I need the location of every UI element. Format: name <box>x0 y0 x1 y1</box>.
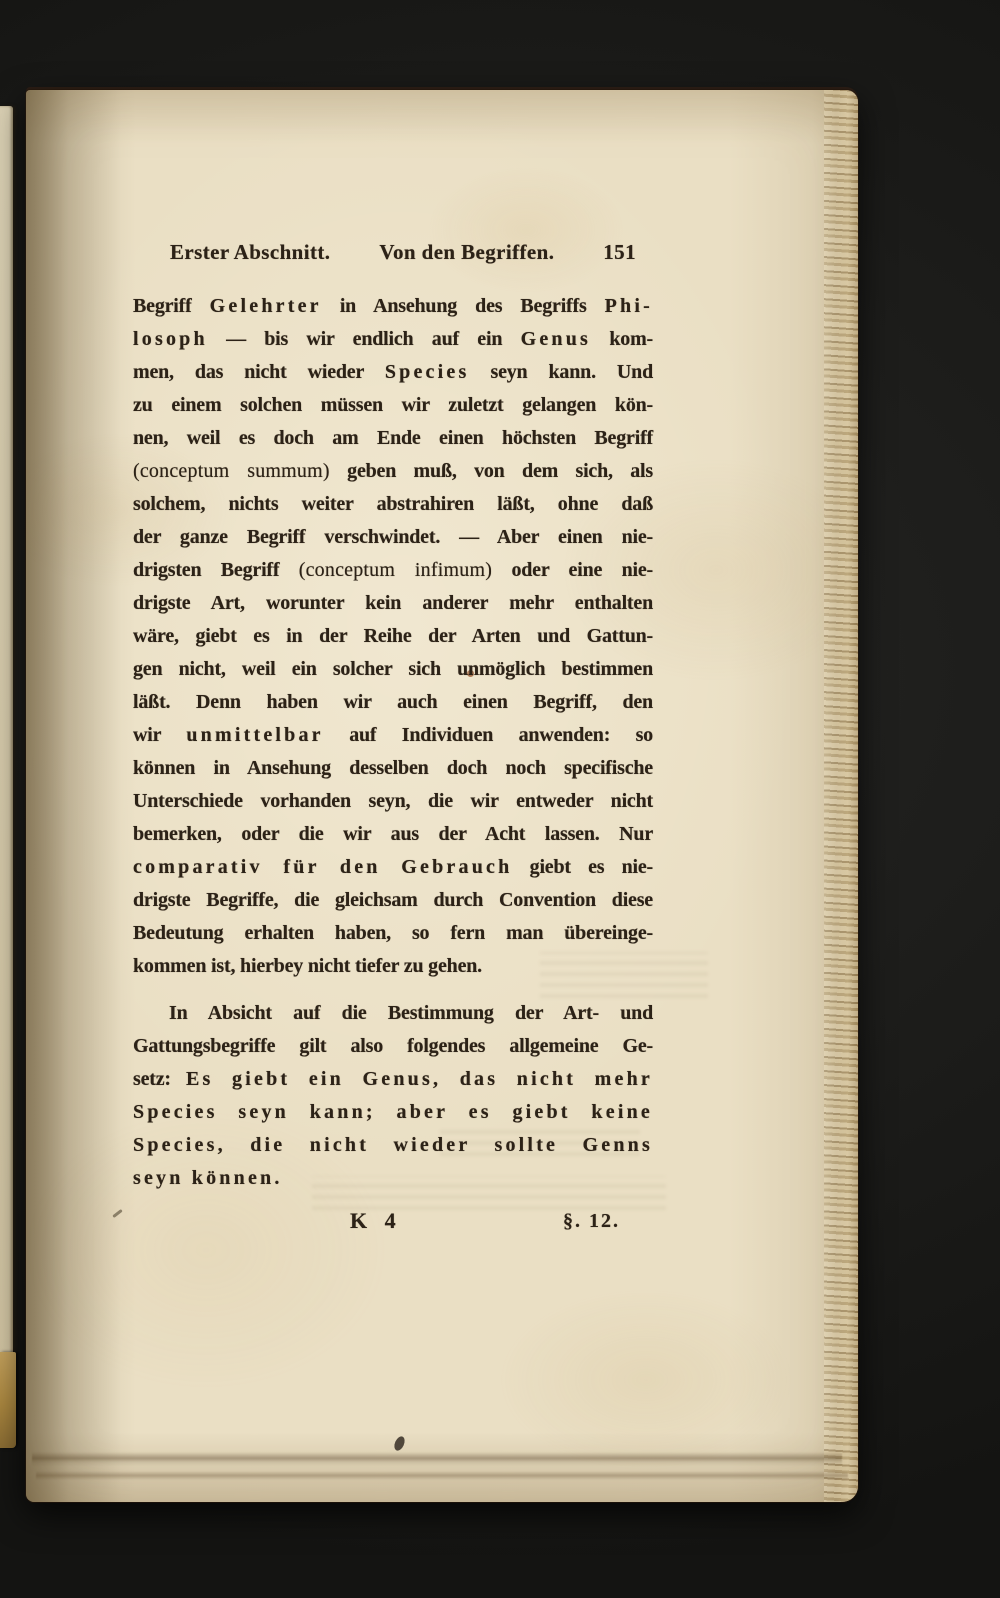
letterspaced-text: Species, die nicht wieder sollte Genns <box>133 1134 653 1156</box>
body-text: men, das nicht wieder <box>133 361 385 383</box>
body-text: oder eine nie- <box>492 559 653 581</box>
body-text: der ganze Begriff verschwindet. — Aber e… <box>133 526 653 548</box>
body-text: können in Ansehung desselben doch noch s… <box>133 757 653 779</box>
bottom-page-edges-2 <box>36 1471 848 1480</box>
letterspaced-text: Genus <box>521 328 591 350</box>
body-text: nen, weil es doch am Ende einen höchsten… <box>133 427 653 449</box>
body-text: setz: <box>133 1068 186 1090</box>
book-page: Erster Abschnitt. Von den Begriffen. 151… <box>26 90 858 1502</box>
body-text: bemerken, oder die wir aus der Acht lass… <box>133 823 653 845</box>
text-line: nen, weil es doch am Ende einen höchsten… <box>133 422 653 455</box>
body-text: auf Individuen anwenden: so <box>324 724 653 746</box>
text-line: In Absicht auf die Bestimmung der Art- u… <box>133 997 653 1030</box>
letterspaced-text: Species seyn kann; aber es giebt keine <box>133 1101 653 1123</box>
antiqua-text: (conceptum infimum) <box>299 559 492 581</box>
dirt-speck <box>392 1435 406 1452</box>
text-line: wäre, giebt es in der Reihe der Arten un… <box>133 620 653 653</box>
body-text: in Ansehung des Begriffs <box>322 295 605 317</box>
body-text: wäre, giebt es in der Reihe der Arten un… <box>133 625 653 647</box>
body-text: kom- <box>591 328 653 350</box>
text-block: Begriff Gelehrter in Ansehung des Begrif… <box>133 290 653 1195</box>
margin-mark <box>112 1209 123 1218</box>
letterspaced-text: losoph <box>133 328 208 350</box>
text-line: gen nicht, weil ein solcher sich unmögli… <box>133 653 653 686</box>
text-line: seyn können. <box>133 1162 653 1195</box>
book-cover-edge <box>0 1352 16 1448</box>
letterspaced-text: unmittelbar <box>186 724 323 746</box>
body-text: In Absicht auf die Bestimmung der Art- u… <box>169 1002 653 1024</box>
body-text: Unterschiede vorhanden seyn, die wir ent… <box>133 790 653 812</box>
body-text: — bis wir endlich auf ein <box>208 328 521 350</box>
body-text: Bedeutung erhalten haben, so fern man üb… <box>133 922 653 944</box>
paragraph: In Absicht auf die Bestimmung der Art- u… <box>133 997 653 1195</box>
text-line: losoph — bis wir endlich auf ein Genus k… <box>133 323 653 356</box>
bottom-page-edges <box>32 1452 842 1466</box>
fore-edge-deckle <box>824 90 858 1502</box>
text-line: drigsten Begriff (conceptum infimum) ode… <box>133 554 653 587</box>
body-text: zu einem solchen müssen wir zuletzt gela… <box>133 394 653 416</box>
text-line: Unterschiede vorhanden seyn, die wir ent… <box>133 785 653 818</box>
text-line: solchem, nichts weiter abstrahiren läßt,… <box>133 488 653 521</box>
letterspaced-text: Species <box>385 361 470 383</box>
body-text: solchem, nichts weiter abstrahiren läßt,… <box>133 493 653 515</box>
scan-background: Erster Abschnitt. Von den Begriffen. 151… <box>0 0 1000 1598</box>
letterspaced-text: Es giebt ein Genus, das nicht mehr <box>186 1068 653 1090</box>
body-text: gen nicht, weil ein solcher sich unmögli… <box>133 658 653 680</box>
text-line: der ganze Begriff verschwindet. — Aber e… <box>133 521 653 554</box>
text-line: drigste Begriffe, die gleichsam durch Co… <box>133 884 653 917</box>
body-text: seyn kann. Und <box>469 361 653 383</box>
paragraph: Begriff Gelehrter in Ansehung des Begrif… <box>133 290 653 983</box>
gutter-shadow <box>26 90 121 1502</box>
running-header: Erster Abschnitt. Von den Begriffen. 151 <box>170 240 636 265</box>
text-line: können in Ansehung desselben doch noch s… <box>133 752 653 785</box>
text-line: comparativ für den Gebrauch giebt es nie… <box>133 851 653 884</box>
letterspaced-text: seyn können. <box>133 1167 283 1189</box>
body-text: kommen ist, hierbey nicht tiefer zu gehe… <box>133 955 482 977</box>
letterspaced-text: Phi- <box>605 295 653 317</box>
header-section-title: Erster Abschnitt. <box>170 240 330 265</box>
body-text: drigste Art, worunter kein anderer mehr … <box>133 592 653 614</box>
letterspaced-text: comparativ für den Gebrauch <box>133 856 512 878</box>
signature-mark: K 4 <box>350 1208 402 1234</box>
text-line: (conceptum summum) geben muß, von dem si… <box>133 455 653 488</box>
text-line: drigste Art, worunter kein anderer mehr … <box>133 587 653 620</box>
facing-page-edge <box>0 106 13 1436</box>
section-catchword: §. 12. <box>563 1210 620 1233</box>
body-text: geben muß, von dem sich, als <box>330 460 653 482</box>
body-text: Begriff <box>133 295 210 317</box>
text-line: Begriff Gelehrter in Ansehung des Begrif… <box>133 290 653 323</box>
body-text: drigste Begriffe, die gleichsam durch Co… <box>133 889 653 911</box>
text-line: wir unmittelbar auf Individuen anwenden:… <box>133 719 653 752</box>
text-line: Bedeutung erhalten haben, so fern man üb… <box>133 917 653 950</box>
page-number: 151 <box>603 240 636 265</box>
header-chapter-title: Von den Begriffen. <box>379 240 554 265</box>
text-line: Species, die nicht wieder sollte Genns <box>133 1129 653 1162</box>
text-line: bemerken, oder die wir aus der Acht lass… <box>133 818 653 851</box>
text-line: zu einem solchen müssen wir zuletzt gela… <box>133 389 653 422</box>
text-line: läßt. Denn haben wir auch einen Begriff,… <box>133 686 653 719</box>
text-line: men, das nicht wieder Species seyn kann.… <box>133 356 653 389</box>
body-text: läßt. Denn haben wir auch einen Begriff,… <box>133 691 653 713</box>
antiqua-text: (conceptum summum) <box>133 460 330 482</box>
body-text: drigsten Begriff <box>133 559 299 581</box>
text-line: Species seyn kann; aber es giebt keine <box>133 1096 653 1129</box>
body-text: Gattungsbegriffe gilt also folgendes all… <box>133 1035 653 1057</box>
body-text: wir <box>133 724 186 746</box>
text-line: setz: Es giebt ein Genus, das nicht mehr <box>133 1063 653 1096</box>
letterspaced-text: Gelehrter <box>210 295 322 317</box>
text-line: kommen ist, hierbey nicht tiefer zu gehe… <box>133 950 653 983</box>
body-text: giebt es nie- <box>512 856 653 878</box>
text-line: Gattungsbegriffe gilt also folgendes all… <box>133 1030 653 1063</box>
